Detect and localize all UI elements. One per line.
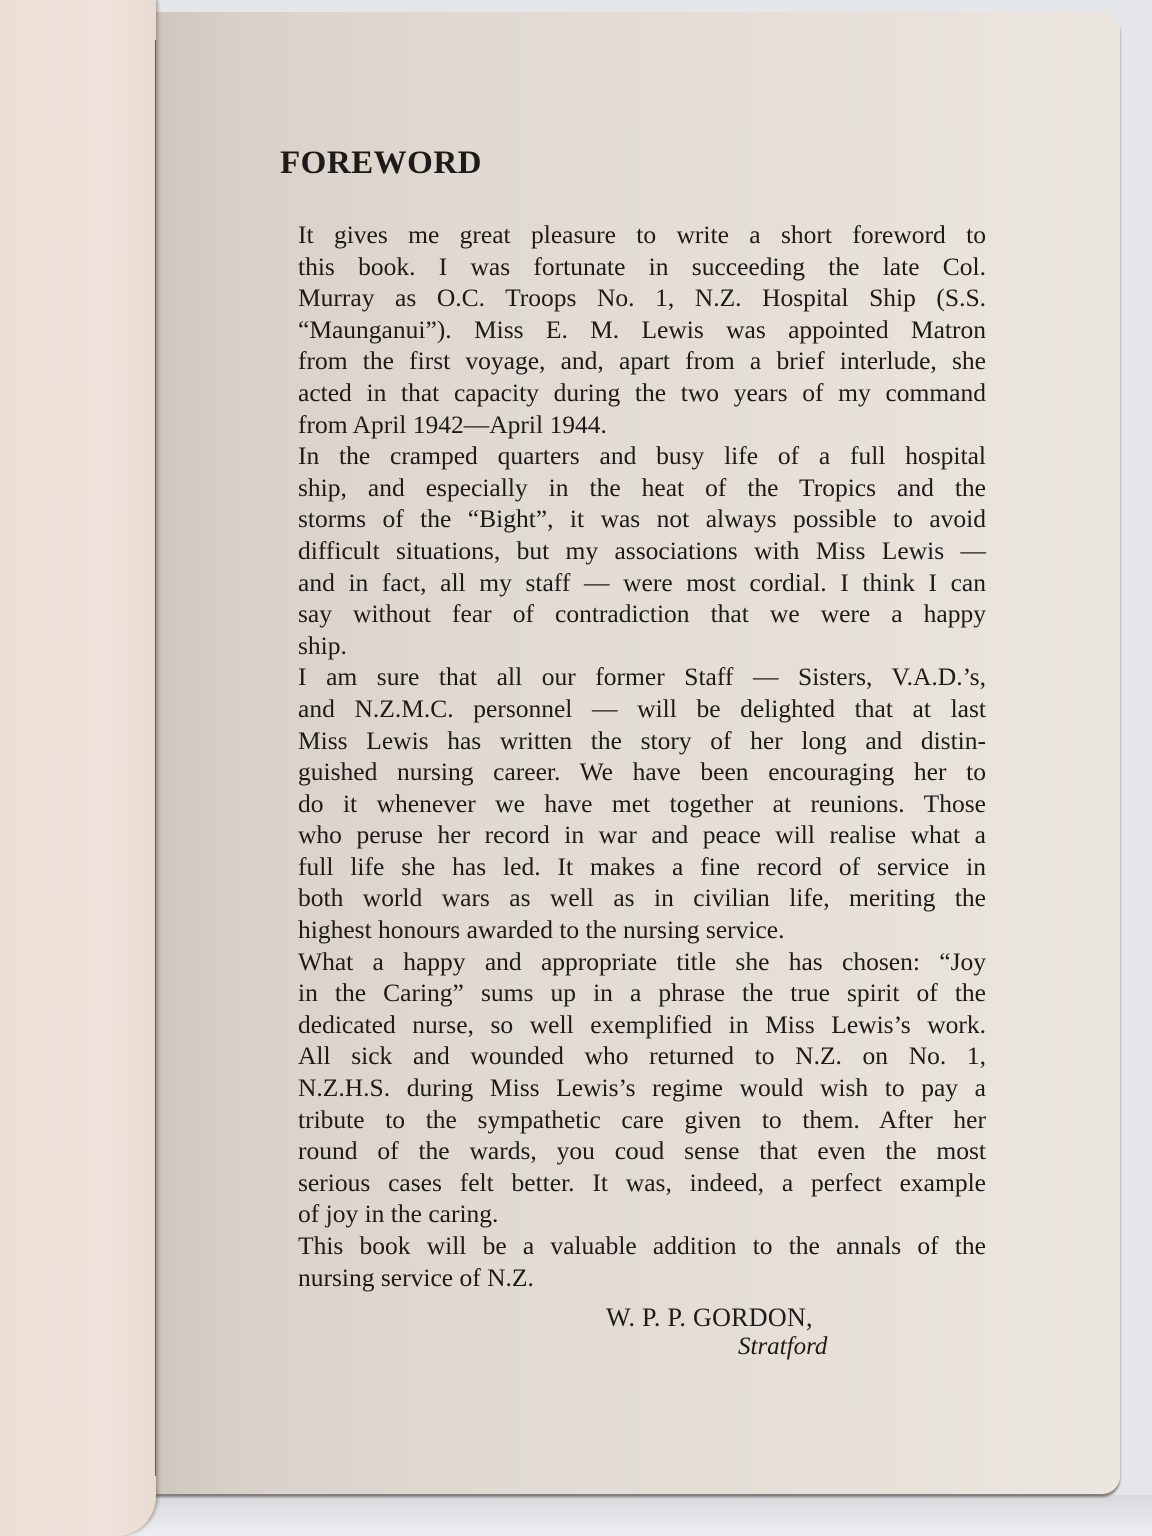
paragraph-5: This book will be a valuable addition to… — [276, 1230, 986, 1293]
page-title: FOREWORD — [280, 143, 986, 183]
text-line: round of the wards, you coud sense that … — [276, 1135, 986, 1167]
text-line: All sick and wounded who returned to N.Z… — [276, 1040, 986, 1072]
paragraph-1: It gives me great pleasure to write a sh… — [276, 219, 986, 440]
text-line: and N.Z.M.C. personnel — will be delight… — [276, 693, 986, 725]
author-signature: W. P. P. GORDON, — [606, 1302, 813, 1334]
text-line: dedicated nurse, so well exemplified in … — [276, 1009, 986, 1041]
text-line: “Maunganui”). Miss E. M. Lewis was appoi… — [276, 314, 986, 346]
text-line: ship, and especially in the heat of the … — [276, 472, 986, 504]
table-surface — [0, 1495, 1152, 1536]
text-line: acted in that capacity during the two ye… — [276, 377, 986, 409]
text-line: do it whenever we have met together at r… — [276, 788, 986, 820]
text-line: Murray as O.C. Troops No. 1, N.Z. Hospit… — [276, 282, 986, 314]
text-line: this book. I was fortunate in succeeding… — [276, 251, 986, 283]
book-cover-flap — [0, 0, 156, 1536]
text-line: full life she has led. It makes a fine r… — [276, 851, 986, 883]
author-location: Stratford — [738, 1333, 827, 1361]
text-line: and in fact, all my staff — were most co… — [276, 567, 986, 599]
paragraph-3: I am sure that all our former Staff — Si… — [276, 661, 986, 945]
paragraph-4: What a happy and appropriate title she h… — [276, 946, 986, 1230]
text-line: difficult situations, but my association… — [276, 535, 986, 567]
text-line: N.Z.H.S. during Miss Lewis’s regime woul… — [276, 1072, 986, 1104]
text-line: of joy in the caring. — [276, 1198, 986, 1230]
text-line: storms of the “Bight”, it was not always… — [276, 503, 986, 535]
text-line: tribute to the sympathetic care given to… — [276, 1104, 986, 1136]
text-line: both world wars as well as in civilian l… — [276, 882, 986, 914]
text-line: from April 1942—April 1944. — [276, 409, 986, 441]
text-line: guished nursing career. We have been enc… — [276, 756, 986, 788]
text-line: nursing service of N.Z. — [276, 1262, 986, 1294]
text-line: say without fear of contradiction that w… — [276, 598, 986, 630]
text-line: from the first voyage, and, apart from a… — [276, 345, 986, 377]
text-line: highest honours awarded to the nursing s… — [276, 914, 986, 946]
text-line: serious cases felt better. It was, indee… — [276, 1167, 986, 1199]
text-line: I am sure that all our former Staff — Si… — [276, 661, 986, 693]
text-line: who peruse her record in war and peace w… — [276, 819, 986, 851]
text-line: In the cramped quarters and busy life of… — [276, 440, 986, 472]
text-line: It gives me great pleasure to write a sh… — [276, 219, 986, 251]
text-line: This book will be a valuable addition to… — [276, 1230, 986, 1262]
text-line: Miss Lewis has written the story of her … — [276, 725, 986, 757]
text-line: ship. — [276, 630, 986, 662]
text-line: in the Caring” sums up in a phrase the t… — [276, 977, 986, 1009]
text-line: What a happy and appropriate title she h… — [276, 946, 986, 978]
paragraph-2: In the cramped quarters and busy life of… — [276, 440, 986, 661]
text-column: FOREWORD It gives me great pleasure to w… — [276, 143, 986, 1293]
